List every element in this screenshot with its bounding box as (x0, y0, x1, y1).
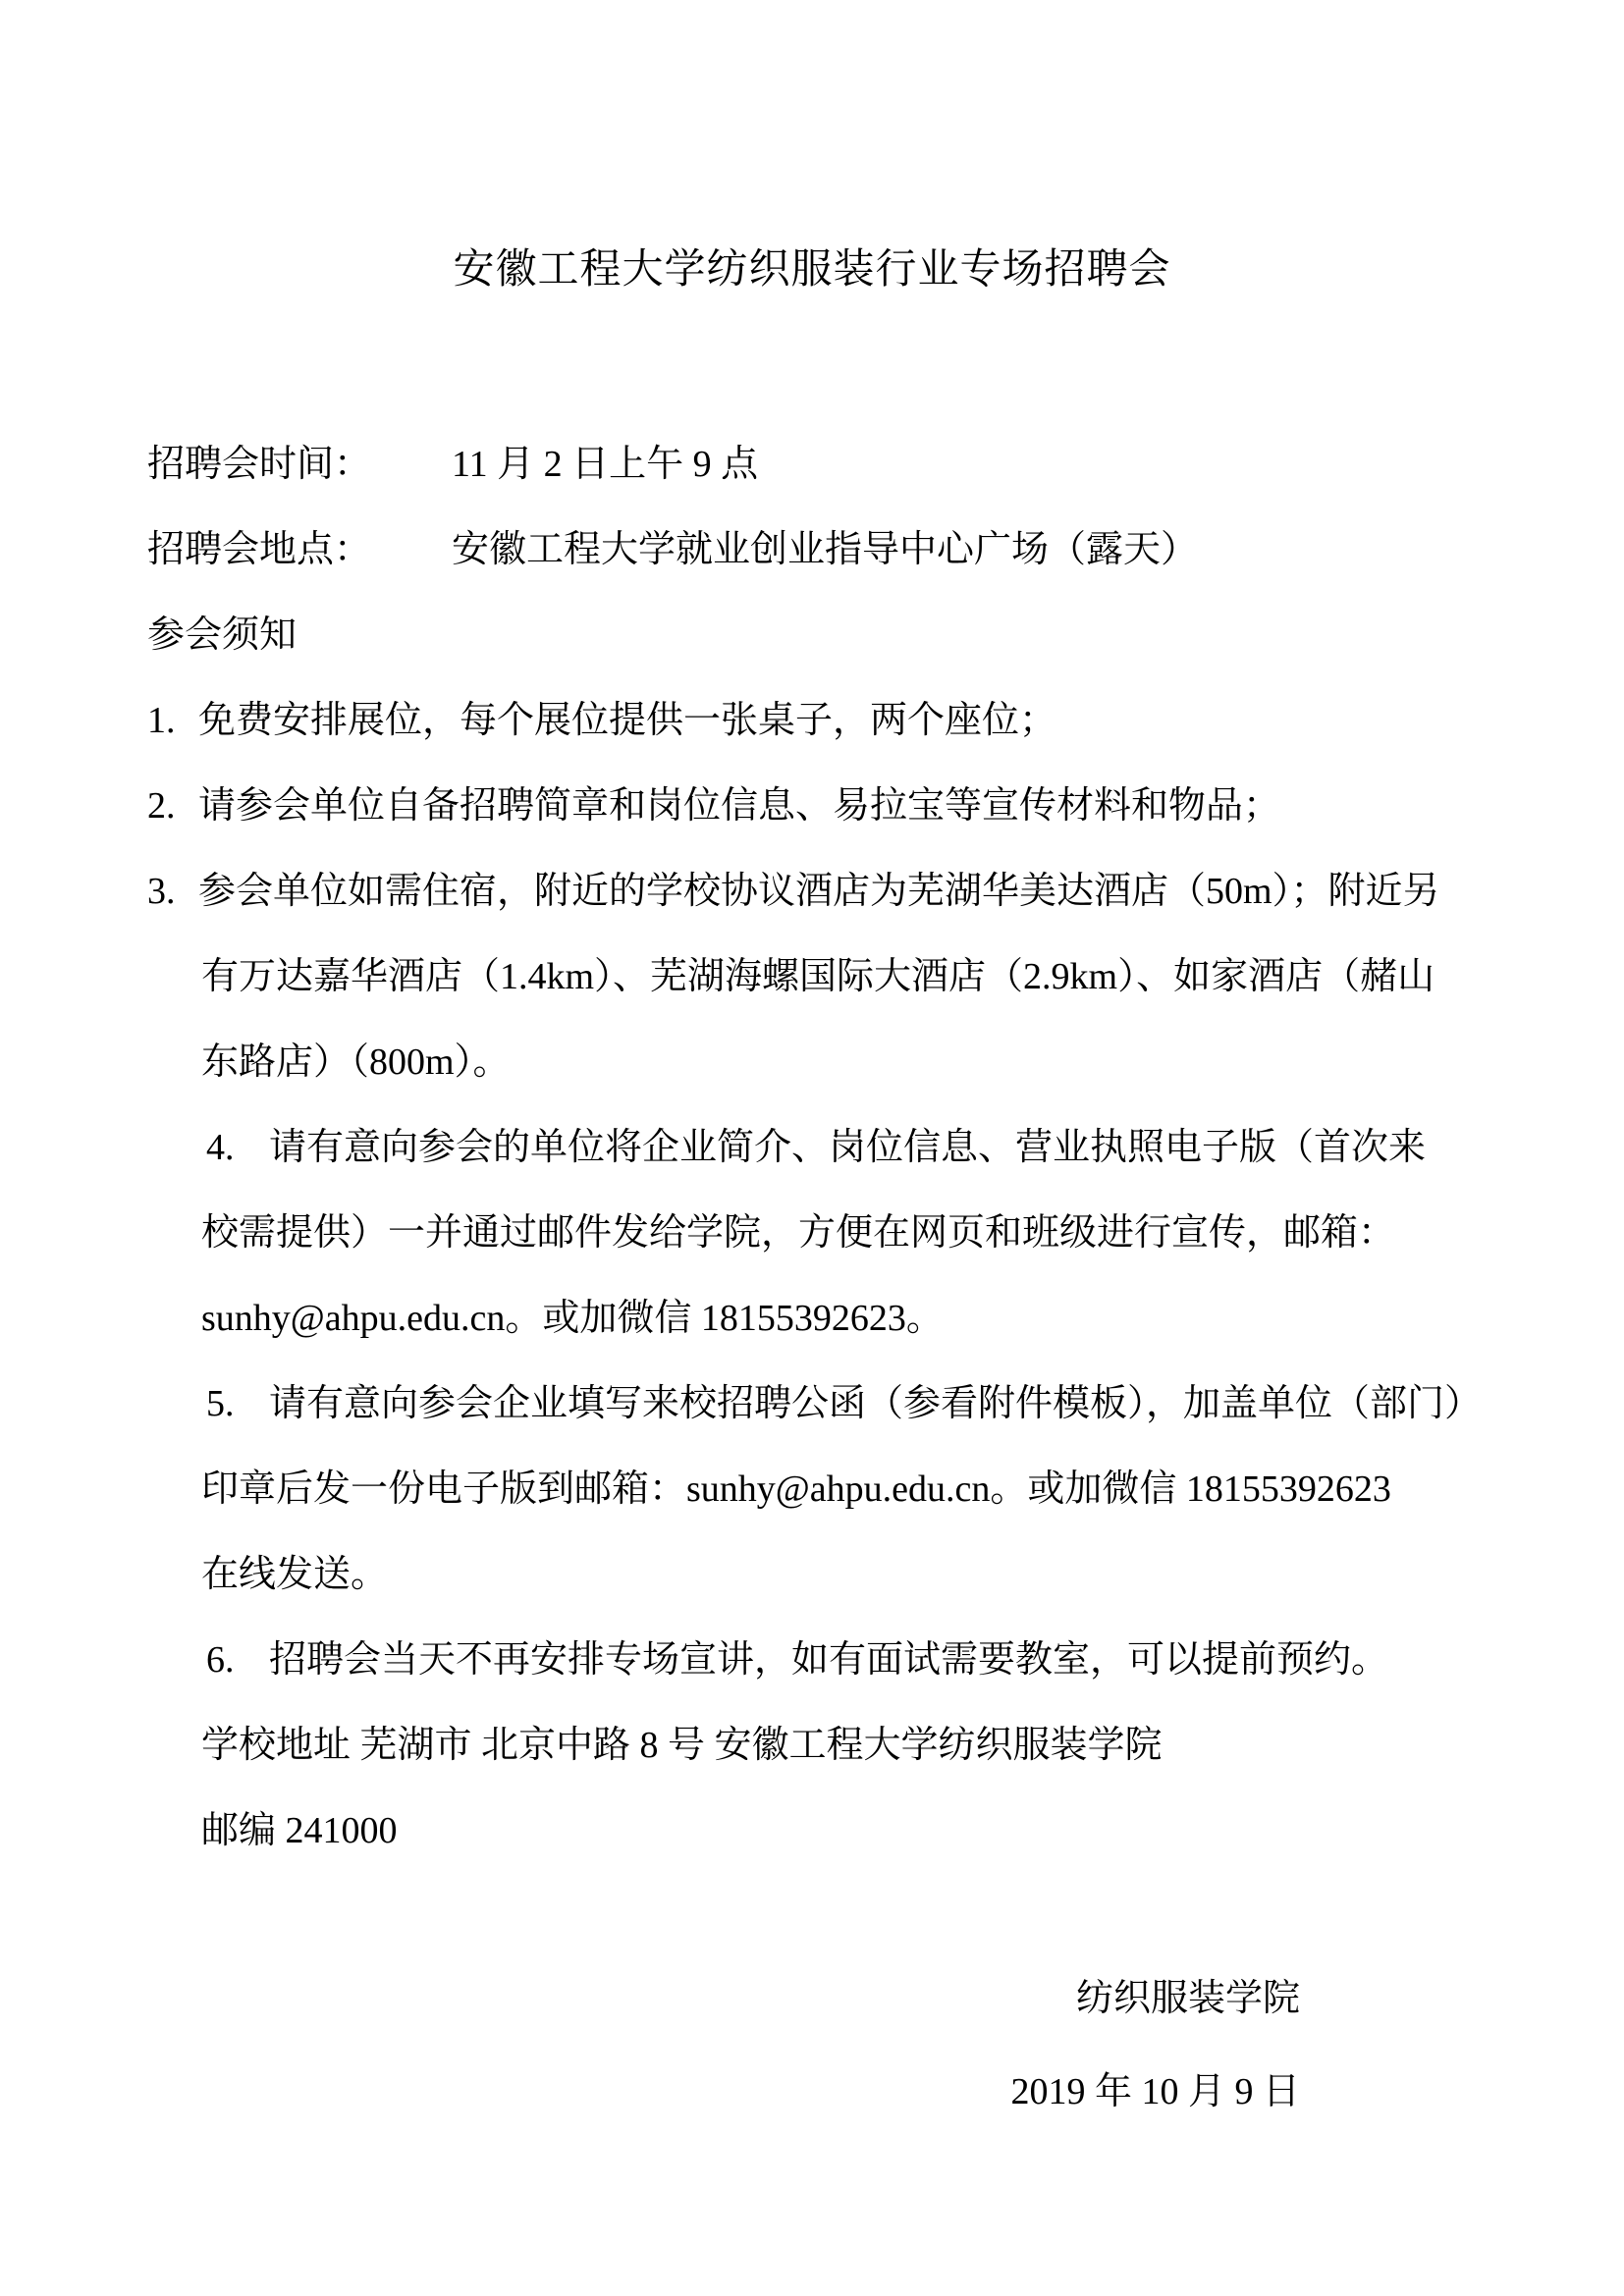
list-item-3-line-3: 东路店）（800m）。 (201, 1020, 1477, 1105)
item-2-text: 请参会单位自备招聘简章和岗位信息、易拉宝等宣传材料和物品； (198, 785, 1280, 827)
place-label: 招聘会地点： (147, 507, 452, 593)
list-item-2: 2.请参会单位自备招聘简章和岗位信息、易拉宝等宣传材料和物品； (147, 764, 1477, 849)
item-3-marker: 3. (147, 849, 198, 934)
item-2-marker: 2. (147, 764, 198, 849)
list-item-1: 1.免费安排展位，每个展位提供一张桌子，两个座位； (147, 678, 1477, 764)
item-4-text-1: 请有意向参会的单位将企业简介、岗位信息、营业执照电子版（首次来 (269, 1127, 1426, 1168)
item-1-marker: 1. (147, 678, 198, 764)
time-value: 11 月 2 日上午 9 点 (452, 444, 758, 485)
item-6-marker: 6. (206, 1618, 269, 1703)
list-item-5-line-1: 5.请有意向参会企业填写来校招聘公函（参看附件模板），加盖单位（部门） (206, 1362, 1477, 1447)
list-item-6: 6.招聘会当天不再安排专场宣讲，如有面试需要教室，可以提前预约。 (206, 1618, 1477, 1703)
notice-heading: 参会须知 (147, 593, 1477, 678)
signature-date: 2019 年 10 月 9 日 (147, 2046, 1300, 2139)
item-1-text: 免费安排展位，每个展位提供一张桌子，两个座位； (198, 700, 1056, 741)
document-body: 招聘会时间：11 月 2 日上午 9 点 招聘会地点：安徽工程大学就业创业指导中… (0, 422, 1624, 2139)
list-item-3-line-1: 3.参会单位如需住宿，附近的学校协议酒店为芜湖华美达酒店（50m）；附近另 (147, 849, 1477, 934)
page-title: 安徽工程大学纺织服装行业专场招聘会 (0, 0, 1624, 299)
signature-org: 纺织服装学院 (147, 1952, 1300, 2046)
school-address-line: 学校地址 芜湖市 北京中路 8 号 安徽工程大学纺织服装学院 (201, 1703, 1477, 1789)
place-value: 安徽工程大学就业创业指导中心广场（露天） (452, 529, 1198, 570)
time-label: 招聘会时间： (147, 422, 452, 507)
signature-block: 纺织服装学院 2019 年 10 月 9 日 (147, 1952, 1477, 2139)
info-line-place: 招聘会地点：安徽工程大学就业创业指导中心广场（露天） (147, 507, 1477, 593)
list-item-3-line-2: 有万达嘉华酒店（1.4km）、芜湖海螺国际大酒店（2.9km）、如家酒店（赭山 (201, 934, 1477, 1020)
list-item-4-line-2: 校需提供）一并通过邮件发给学院，方便在网页和班级进行宣传，邮箱： (201, 1191, 1477, 1276)
item-5-marker: 5. (206, 1362, 269, 1447)
list-item-4-line-3: sunhy@ahpu.edu.cn。或加微信 18155392623。 (201, 1276, 1477, 1362)
item-5-text-1: 请有意向参会企业填写来校招聘公函（参看附件模板），加盖单位（部门） (269, 1383, 1482, 1424)
item-6-text: 招聘会当天不再安排专场宣讲，如有面试需要教室，可以提前预约。 (269, 1639, 1388, 1681)
list-item-5-line-3: 在线发送。 (201, 1532, 1477, 1618)
info-line-time: 招聘会时间：11 月 2 日上午 9 点 (147, 422, 1477, 507)
document-page: 安徽工程大学纺织服装行业专场招聘会 招聘会时间：11 月 2 日上午 9 点 招… (0, 0, 1624, 2296)
item-4-marker: 4. (206, 1105, 269, 1191)
item-3-text-1: 参会单位如需住宿，附近的学校协议酒店为芜湖华美达酒店（50m）；附近另 (198, 871, 1440, 912)
list-item-5-line-2: 印章后发一份电子版到邮箱：sunhy@ahpu.edu.cn。或加微信 1815… (201, 1447, 1477, 1532)
postcode-line: 邮编 241000 (201, 1789, 1477, 1874)
list-item-4-line-1: 4.请有意向参会的单位将企业简介、岗位信息、营业执照电子版（首次来 (206, 1105, 1477, 1191)
